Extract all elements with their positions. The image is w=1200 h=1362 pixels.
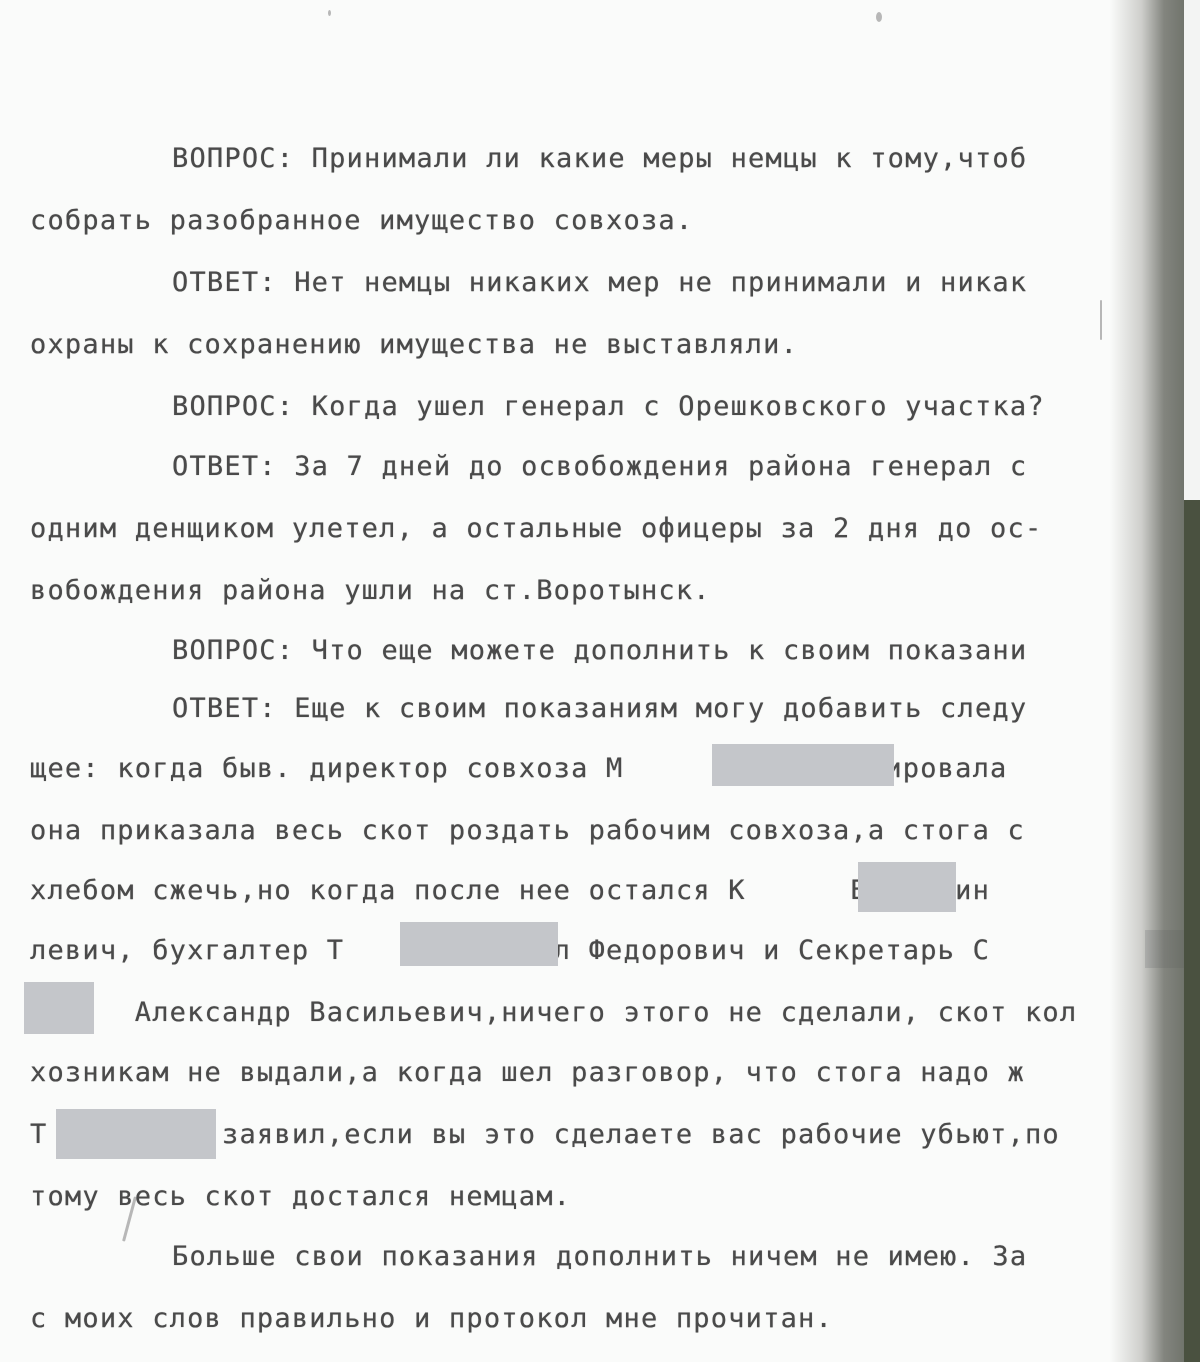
answer-2-line-3: вобождения района ушли на ст.Воротынск. [30, 574, 711, 608]
answer-3-line-6: Александр Васильевич,ничего этого не сде… [30, 996, 1077, 1030]
scan-edge-strip [1184, 500, 1200, 1362]
answer-2-line-2: одним денщиком улетел, а остальные офице… [30, 512, 1042, 546]
redaction-box [56, 1109, 216, 1159]
redaction-box [858, 862, 956, 912]
redaction-box [24, 982, 94, 1034]
scan-speck [876, 12, 882, 22]
question-2-line-1: ВОПРОС: Когда ушел генерал с Орешковског… [172, 390, 1045, 424]
scan-speck [328, 10, 331, 16]
question-3-line-1: ВОПРОС: Что еще можете дополнить к своим… [172, 634, 1027, 668]
answer-3-line-9: тому весь скот достался немцам. [30, 1180, 571, 1214]
scan-edge-strip [1184, 0, 1200, 500]
answer-3-line-1: ОТВЕТ: Еще к своим показаниям могу добав… [172, 692, 1027, 726]
answer-1-line-1: ОТВЕТ: Нет немцы никаких мер не принимал… [172, 266, 1027, 300]
scanned-document-page: ВОПРОС: Принимали ли какие меры немцы к … [0, 0, 1200, 1362]
pen-mark [1100, 300, 1102, 340]
redaction-box [712, 744, 894, 786]
answer-3-line-3: она приказала весь скот роздать рабочим … [30, 814, 1025, 848]
closing-line-2: с моих слов правильно и протокол мне про… [30, 1302, 833, 1336]
question-1-line-2: собрать разобранное имущество совхоза. [30, 204, 693, 238]
answer-3-line-7: хозникам не выдали,а когда шел разговор,… [30, 1056, 1025, 1090]
closing-line-1: Больше свои показания дополнить ничем не… [172, 1240, 1027, 1274]
redaction-box [400, 922, 558, 966]
answer-2-line-1: ОТВЕТ: За 7 дней до освобождения района … [172, 450, 1027, 484]
question-1-line-1: ВОПРОС: Принимали ли какие меры немцы к … [172, 142, 1027, 176]
answer-1-line-2: охраны к сохранению имущества не выставл… [30, 328, 798, 362]
answer-3-line-4: хлебом сжечь,но когда после нее остался … [30, 874, 990, 908]
